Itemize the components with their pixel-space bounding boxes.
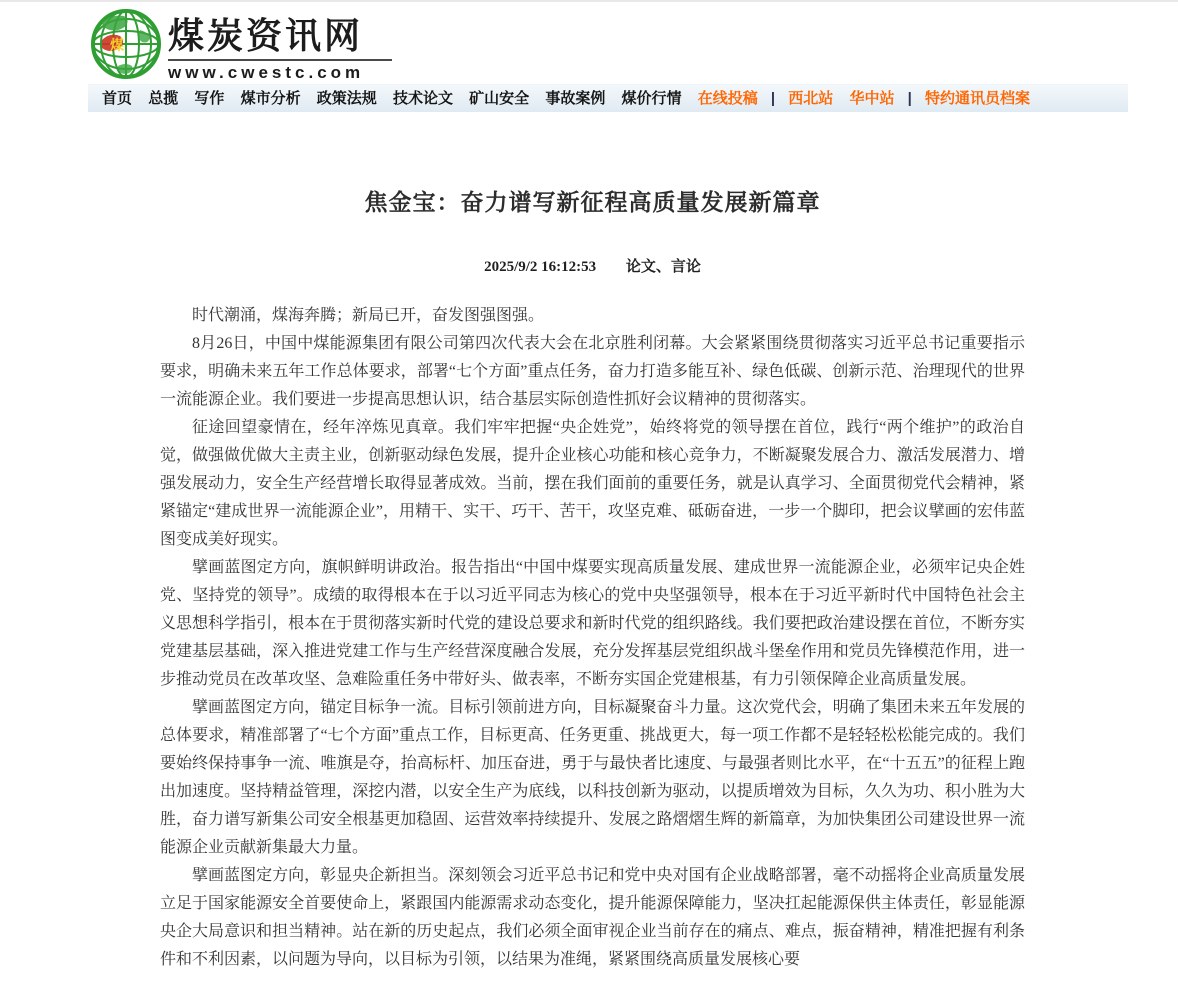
article-paragraph: 擘画蓝图定方向，旗帜鲜明讲政治。报告指出“中国中煤要实现高质量发展、建成世界一流… <box>160 554 1025 694</box>
nav-item-coal-market-analysis[interactable]: 煤市分析 <box>241 85 301 113</box>
site-name: 煤炭资讯网 <box>168 18 392 54</box>
nav-item-mine-safety[interactable]: 矿山安全 <box>469 85 529 113</box>
article-paragraph: 擘画蓝图定方向，锚定目标争一流。目标引领前进方向，目标凝聚奋斗力量。这次党代会，… <box>160 694 1025 862</box>
nav-item-northwest-station[interactable]: 西北站 <box>788 85 833 113</box>
nav-item-correspondent-archives[interactable]: 特约通讯员档案 <box>925 85 1030 113</box>
nav-separator: | <box>908 85 912 113</box>
article-paragraph: 擘画蓝图定方向，彰显央企新担当。深刻领会习近平总书记和党中央对国有企业战略部署，… <box>160 862 1025 974</box>
nav-item-policy-regulations[interactable]: 政策法规 <box>317 85 377 113</box>
main-nav: 首页 总揽 写作 煤市分析 政策法规 技术论文 矿山安全 事故案例 煤价行情 在… <box>88 84 1128 112</box>
article: 焦金宝：奋力谱写新征程高质量发展新篇章 2025/9/2 16:12:53 论文… <box>160 112 1025 974</box>
nav-item-central-china-station[interactable]: 华中站 <box>849 85 894 113</box>
article-paragraph: 8月26日，中国中煤能源集团有限公司第四次代表大会在北京胜利闭幕。大会紧紧围绕贯… <box>160 330 1025 414</box>
page-container: 煤 煤炭资讯网 www.cwestc.com 首页 总揽 写作 煤市分析 政策法… <box>88 2 1128 974</box>
nav-separator: | <box>771 85 775 113</box>
nav-item-home[interactable]: 首页 <box>102 85 132 113</box>
site-header: 煤 煤炭资讯网 www.cwestc.com <box>88 2 1128 82</box>
article-paragraph: 时代潮涌，煤海奔腾；新局已开，奋发图强图强。 <box>160 302 1025 330</box>
nav-item-technical-papers[interactable]: 技术论文 <box>393 85 453 113</box>
globe-logo-icon[interactable]: 煤 <box>88 6 164 82</box>
article-content: 时代潮涌，煤海奔腾；新局已开，奋发图强图强。 8月26日，中国中煤能源集团有限公… <box>160 302 1025 974</box>
article-title: 焦金宝：奋力谱写新征程高质量发展新篇章 <box>160 184 1025 217</box>
nav-item-accident-cases[interactable]: 事故案例 <box>545 85 605 113</box>
nav-item-online-submission[interactable]: 在线投稿 <box>698 85 758 113</box>
svg-text:煤: 煤 <box>109 37 124 53</box>
article-meta: 2025/9/2 16:12:53 论文、言论 <box>160 255 1025 276</box>
nav-item-overview[interactable]: 总揽 <box>148 85 178 113</box>
site-url[interactable]: www.cwestc.com <box>168 63 392 83</box>
article-category: 论文、言论 <box>626 259 701 275</box>
nav-item-coal-price[interactable]: 煤价行情 <box>622 85 682 113</box>
article-paragraph: 征途回望豪情在，经年淬炼见真章。我们牢牢把握“央企姓党”，始终将党的领导摆在首位… <box>160 414 1025 554</box>
article-datetime: 2025/9/2 16:12:53 <box>484 259 596 275</box>
brand-divider <box>168 59 392 61</box>
nav-item-writing[interactable]: 写作 <box>194 85 224 113</box>
site-brand: 煤炭资讯网 www.cwestc.com <box>168 6 392 83</box>
